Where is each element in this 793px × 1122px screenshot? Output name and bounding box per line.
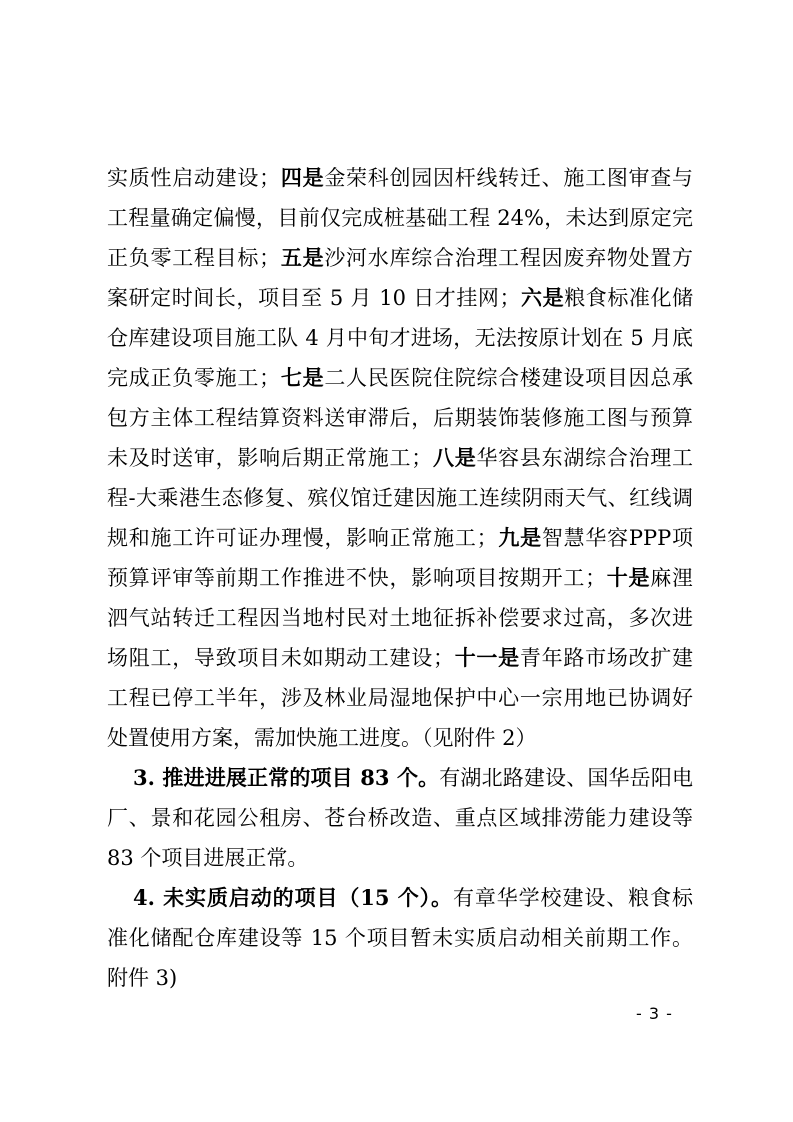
text-line: 未及时送审，影响后期正常施工；八是华容县东湖综合治理工 bbox=[107, 438, 693, 478]
text-segment: 金荣科创园因杆线转迁、施工图审查与 bbox=[324, 166, 693, 190]
text-segment: 处置使用方案，需加快施工进度。（见附件 2） bbox=[107, 726, 537, 750]
text-line: 83 个项目进展正常。 bbox=[107, 838, 693, 878]
text-line: 处置使用方案，需加快施工进度。（见附件 2） bbox=[107, 718, 693, 758]
text-segment: 案研定时间长，项目至 5 月 10 日才挂网； bbox=[107, 286, 520, 310]
text-line: 工程量确定偏慢，目前仅完成桩基础工程 24%，未达到原定完成 bbox=[107, 198, 693, 238]
text-segment: 完成正负零施工； bbox=[107, 366, 280, 390]
text-segment: 83 个项目进展正常。 bbox=[107, 846, 308, 870]
bold-text-segment: 四是 bbox=[280, 165, 324, 190]
text-segment: 包方主体工程结算资料送审滞后，后期装饰装修施工图与预算 bbox=[107, 406, 693, 430]
text-segment: 工程已停工半年，涉及林业局湿地保护中心一宗用地已协调好 bbox=[107, 686, 693, 710]
text-segment: 仓库建设项目施工队 4 月中旬才进场，无法按原计划在 5 月底 bbox=[107, 326, 693, 350]
text-segment: 程-大乘港生态修复、殡仪馆迁建因施工连续阴雨天气、红线调 bbox=[107, 486, 693, 510]
text-segment: 华容县东湖综合治理工 bbox=[476, 446, 693, 470]
text-line: 实质性启动建设；四是金荣科创园因杆线转迁、施工图审查与 bbox=[107, 158, 693, 198]
text-segment: 厂、景和花园公租房、苍台桥改造、重点区域排涝能力建设等 bbox=[107, 806, 693, 830]
text-line: 泗气站转迁工程因当地村民对土地征拆补偿要求过高，多次进 bbox=[107, 598, 693, 638]
document-body: 实质性启动建设；四是金荣科创园因杆线转迁、施工图审查与工程量确定偏慢，目前仅完成… bbox=[107, 158, 693, 998]
bold-text-segment: 九是 bbox=[498, 525, 542, 550]
text-segment: 规和施工许可证办理慢，影响正常施工； bbox=[107, 526, 498, 550]
text-line: 附件 3) bbox=[107, 958, 693, 998]
text-segment: 附件 3) bbox=[107, 966, 177, 990]
bold-text-segment: 4. 未实质启动的项目（15 个）。 bbox=[133, 885, 453, 910]
bold-text-segment: 六是 bbox=[520, 285, 564, 310]
text-line: 3. 推进进展正常的项目 83 个。有湖北路建设、国华岳阳电 bbox=[107, 758, 693, 798]
text-line: 准化储配仓库建设等 15 个项目暂未实质启动相关前期工作。(见 bbox=[107, 918, 693, 958]
text-line: 场阻工，导致项目未如期动工建设；十一是青年路市场改扩建 bbox=[107, 638, 693, 678]
text-line: 程-大乘港生态修复、殡仪馆迁建因施工连续阴雨天气、红线调 bbox=[107, 478, 693, 518]
bold-text-segment: 八是 bbox=[432, 445, 476, 470]
text-segment: 预算评审等前期工作推进不快，影响项目按期开工； bbox=[107, 566, 606, 590]
document-page: 实质性启动建设；四是金荣科创园因杆线转迁、施工图审查与工程量确定偏慢，目前仅完成… bbox=[0, 0, 793, 1122]
text-segment: 泗气站转迁工程因当地村民对土地征拆补偿要求过高，多次进 bbox=[107, 606, 693, 630]
text-segment: 准化储配仓库建设等 15 个项目暂未实质启动相关前期工作。(见 bbox=[107, 926, 693, 958]
text-segment: 有章华学校建设、粮食标 bbox=[453, 886, 693, 910]
bold-text-segment: 十是 bbox=[606, 565, 650, 590]
text-segment: 青年路市场改扩建 bbox=[520, 646, 693, 670]
text-segment: 未及时送审，影响后期正常施工； bbox=[107, 446, 432, 470]
text-line: 完成正负零施工；七是二人民医院住院综合楼建设项目因总承 bbox=[107, 358, 693, 398]
text-line: 包方主体工程结算资料送审滞后，后期装饰装修施工图与预算 bbox=[107, 398, 693, 438]
text-segment: 正负零工程目标； bbox=[107, 246, 280, 270]
text-line: 预算评审等前期工作推进不快，影响项目按期开工；十是麻浬 bbox=[107, 558, 693, 598]
text-segment: 麻浬 bbox=[650, 566, 693, 590]
text-line: 正负零工程目标；五是沙河水库综合治理工程因废弃物处置方 bbox=[107, 238, 693, 278]
text-line: 4. 未实质启动的项目（15 个）。有章华学校建设、粮食标 bbox=[107, 878, 693, 918]
bold-text-segment: 七是 bbox=[280, 365, 324, 390]
bold-text-segment: 十一是 bbox=[454, 645, 520, 670]
text-line: 规和施工许可证办理慢，影响正常施工；九是智慧华容PPP项目 bbox=[107, 518, 693, 558]
text-segment: 有湖北路建设、国华岳阳电 bbox=[439, 766, 693, 790]
bold-text-segment: 五是 bbox=[280, 245, 324, 270]
text-segment: 二人民医院住院综合楼建设项目因总承 bbox=[324, 366, 693, 390]
page-number: - 3 - bbox=[636, 1002, 673, 1026]
text-segment: 工程量确定偏慢，目前仅完成桩基础工程 24%，未达到原定完成 bbox=[107, 206, 693, 238]
text-segment: 沙河水库综合治理工程因废弃物处置方 bbox=[324, 246, 693, 270]
text-line: 案研定时间长，项目至 5 月 10 日才挂网；六是粮食标准化储配 bbox=[107, 278, 693, 318]
text-line: 厂、景和花园公租房、苍台桥改造、重点区域排涝能力建设等 bbox=[107, 798, 693, 838]
bold-text-segment: 3. 推进进展正常的项目 83 个。 bbox=[133, 765, 439, 790]
text-segment: 场阻工，导致项目未如期动工建设； bbox=[107, 646, 454, 670]
text-line: 工程已停工半年，涉及林业局湿地保护中心一宗用地已协调好 bbox=[107, 678, 693, 718]
text-line: 仓库建设项目施工队 4 月中旬才进场，无法按原计划在 5 月底 bbox=[107, 318, 693, 358]
text-segment: 实质性启动建设； bbox=[107, 166, 280, 190]
